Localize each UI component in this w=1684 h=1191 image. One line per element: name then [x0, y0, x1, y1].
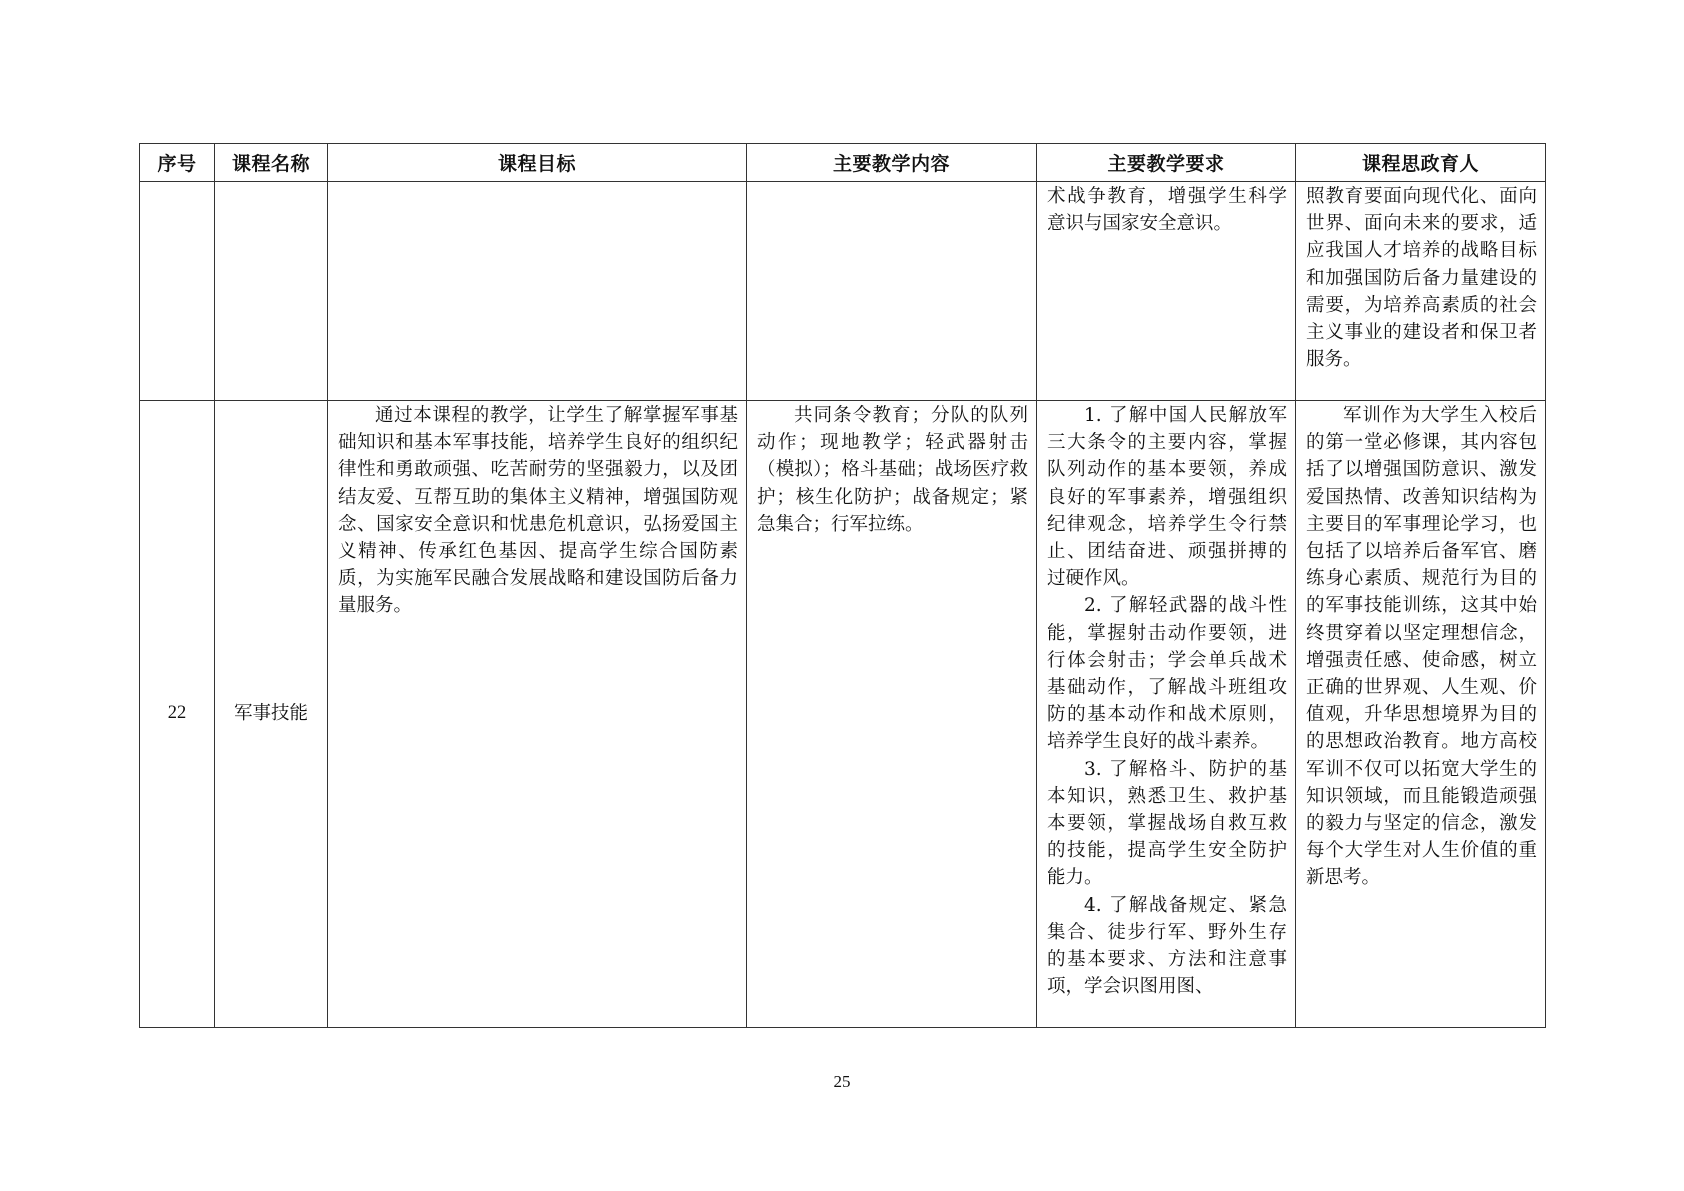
requirement-paragraph: 1. 了解中国人民解放军三大条令的主要内容，掌握队列动作的基本要领，养成良好的军…: [1047, 402, 1287, 592]
cell-index: 22: [140, 401, 215, 1028]
cell-ideology-education: 军训作为大学生入校后的第一堂必修课，其内容包括了以增强国防意识、激发爱国热情、改…: [1296, 401, 1546, 1028]
cell-teaching-requirements: 术战争教育，增强学生科学意识与国家安全意识。: [1037, 182, 1296, 401]
header-ideology-education: 课程思政育人: [1296, 144, 1546, 182]
cell-index: [140, 182, 215, 401]
requirement-paragraph: 3. 了解格斗、防护的基本知识，熟悉卫生、救护基本要领，掌握战场自救互救的技能，…: [1047, 756, 1287, 892]
cell-course-goal: 通过本课程的教学，让学生了解掌握军事基础知识和基本军事技能，培养学生良好的组织纪…: [328, 401, 747, 1028]
table-row: 术战争教育，增强学生科学意识与国家安全意识。 照教育要面向现代化、面向世界、面向…: [140, 182, 1546, 401]
header-teaching-content: 主要教学内容: [747, 144, 1037, 182]
cell-course-name: 军事技能: [215, 401, 328, 1028]
header-index: 序号: [140, 144, 215, 182]
cell-course-name: [215, 182, 328, 401]
cell-teaching-content: 共同条令教育；分队的队列动作；现地教学；轻武器射击（模拟）；格斗基础；战场医疗救…: [747, 401, 1037, 1028]
header-teaching-requirements: 主要教学要求: [1037, 144, 1296, 182]
cell-course-goal: [328, 182, 747, 401]
header-course-goal: 课程目标: [328, 144, 747, 182]
header-row: 序号 课程名称 课程目标 主要教学内容 主要教学要求 课程思政育人: [140, 144, 1546, 182]
cell-ideology-education: 照教育要面向现代化、面向世界、面向未来的要求，适应我国人才培养的战略目标和加强国…: [1296, 182, 1546, 401]
requirement-paragraph: 术战争教育，增强学生科学意识与国家安全意识。: [1047, 183, 1287, 237]
header-course-name: 课程名称: [215, 144, 328, 182]
cell-teaching-content: [747, 182, 1037, 401]
page-number: 25: [0, 1072, 1684, 1092]
table-row: 22 军事技能 通过本课程的教学，让学生了解掌握军事基础知识和基本军事技能，培养…: [140, 401, 1546, 1028]
requirement-paragraph: 4. 了解战备规定、紧急集合、徒步行军、野外生存的基本要求、方法和注意事项，学会…: [1047, 892, 1287, 1001]
course-table: 序号 课程名称 课程目标 主要教学内容 主要教学要求 课程思政育人 术战争教育，…: [139, 143, 1546, 1028]
cell-teaching-requirements: 1. 了解中国人民解放军三大条令的主要内容，掌握队列动作的基本要领，养成良好的军…: [1037, 401, 1296, 1028]
requirement-paragraph: 2. 了解轻武器的战斗性能，掌握射击动作要领，进行体会射击；学会单兵战术基础动作…: [1047, 592, 1287, 755]
